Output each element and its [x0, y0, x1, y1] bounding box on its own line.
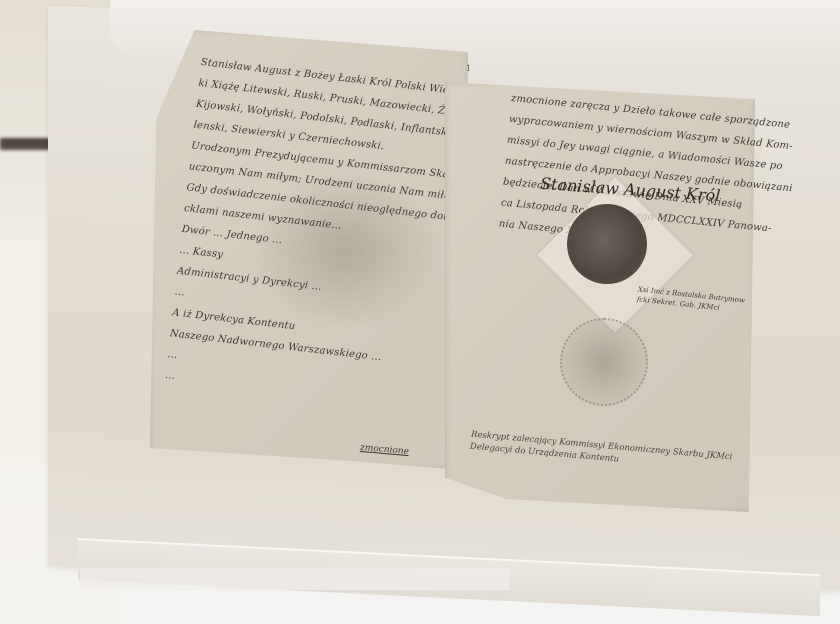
- wax-seal-icon: [567, 204, 647, 284]
- seal-impression-icon: [560, 318, 648, 406]
- page-number: 1: [466, 64, 471, 73]
- mount-tab: [80, 568, 510, 590]
- left-page-text: Stanisław August z Bożey Łaski Król Pols…: [164, 52, 460, 415]
